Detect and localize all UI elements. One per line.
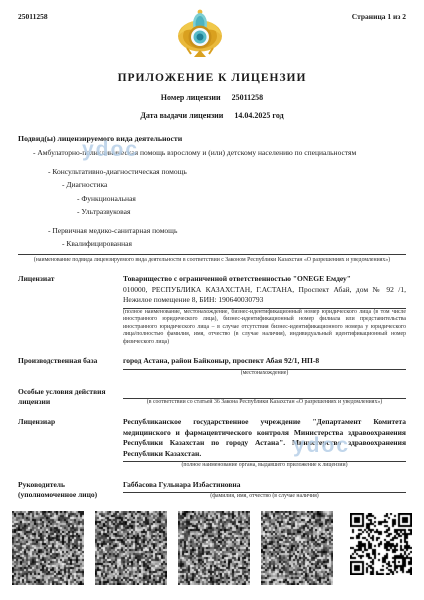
licensee-row: Лицензиат Товарищество с ограниченной от…: [18, 274, 406, 346]
licensor-value: Республиканское государственное учрежден…: [123, 417, 406, 459]
head-value: Габбасова Гульнара Избастиновна: [123, 480, 406, 491]
head-row: Руководитель (уполномоченное лицо) Габба…: [18, 480, 406, 501]
licensee-address: 010000, РЕСПУБЛИКА КАЗАХСТАН, Г.АСТАНА, …: [123, 285, 406, 306]
subtype-item: - Квалифицированная: [18, 237, 406, 251]
page-indicator: Страница 1 из 2: [352, 12, 406, 21]
licensor-caption: (полное наименование органа, выдавшего п…: [123, 462, 406, 470]
licensor-row: Лицензиар Республиканское государственно…: [18, 417, 406, 470]
page-title: ПРИЛОЖЕНИЕ К ЛИЦЕНЗИИ: [18, 72, 406, 84]
special-conditions-body: (в соответствии со статьей 36 Закона Рес…: [123, 396, 406, 407]
production-base-label: Производственная база: [18, 356, 123, 377]
underline-rule: [18, 254, 406, 255]
licensee-caption: (полное наименование, местонахождение, б…: [123, 309, 406, 347]
licensee-label: Лицензиат: [18, 274, 123, 346]
subtype-item: - Амбулаторно-поликлиническая помощь взр…: [18, 146, 406, 160]
subtype-item: - Функциональная: [18, 192, 406, 206]
subtype-item: - Первичная медико-санитарная помощь: [18, 224, 406, 238]
subtype-item: - Консультативно-диагностическая помощь: [18, 165, 406, 179]
signature-stamp-3: [178, 511, 250, 585]
license-number-line: Номер лицензии 25011258: [18, 93, 406, 102]
license-number-value: 25011258: [232, 93, 264, 102]
signature-stamp-1: [12, 511, 84, 585]
production-base-value: город Астана, район Байконыр, проспект А…: [123, 356, 406, 367]
signature-stamp-4: [261, 511, 333, 585]
subtypes-caption: (наименование подвида лицензируемого вид…: [32, 257, 392, 265]
production-base-body: город Астана, район Байконыр, проспект А…: [123, 356, 406, 377]
license-date-label: Дата выдачи лицензии: [140, 111, 223, 120]
licensor-label: Лицензиар: [18, 417, 123, 470]
licensee-name: Товарищество с ограниченной ответственно…: [123, 274, 406, 285]
head-label: Руководитель (уполномоченное лицо): [18, 480, 123, 501]
signature-codes-row: [12, 511, 412, 585]
doc-number: 25011258: [18, 12, 48, 21]
subtype-item: - Ультразвуковая: [18, 205, 406, 219]
subtypes-heading: Подвид(ы) лицензируемого вида деятельнос…: [18, 134, 406, 143]
license-date-line: Дата выдачи лицензии 14.04.2025 год: [18, 111, 406, 120]
production-base-row: Производственная база город Астана, райо…: [18, 356, 406, 377]
special-conditions-label: Особые условия действия лицензии: [18, 387, 123, 407]
license-date-value: 14.04.2025 год: [234, 111, 283, 120]
special-conditions-caption: (в соответствии со статьей 36 Закона Рес…: [123, 399, 406, 407]
special-conditions-row: Особые условия действия лицензии (в соот…: [18, 387, 406, 407]
production-base-caption: (местонахождение): [123, 370, 406, 378]
licensee-body: Товарищество с ограниченной ответственно…: [123, 274, 406, 346]
page-header: 25011258 Страница 1 из 2: [18, 10, 406, 62]
signature-stamp-2: [95, 511, 167, 585]
qr-code: [350, 513, 412, 575]
license-appendix-page: ydoc ydoc 25011258 Страница 1 из 2 ПРИЛ: [0, 0, 424, 600]
license-number-label: Номер лицензии: [161, 93, 221, 102]
head-body: Габбасова Гульнара Избастиновна (фамилия…: [123, 480, 406, 501]
kazakhstan-emblem-icon: [177, 8, 223, 58]
licensor-body: Республиканское государственное учрежден…: [123, 417, 406, 470]
head-caption: (фамилия, имя, отчество (в случае наличи…: [123, 493, 406, 501]
subtype-item: - Диагностика: [18, 178, 406, 192]
